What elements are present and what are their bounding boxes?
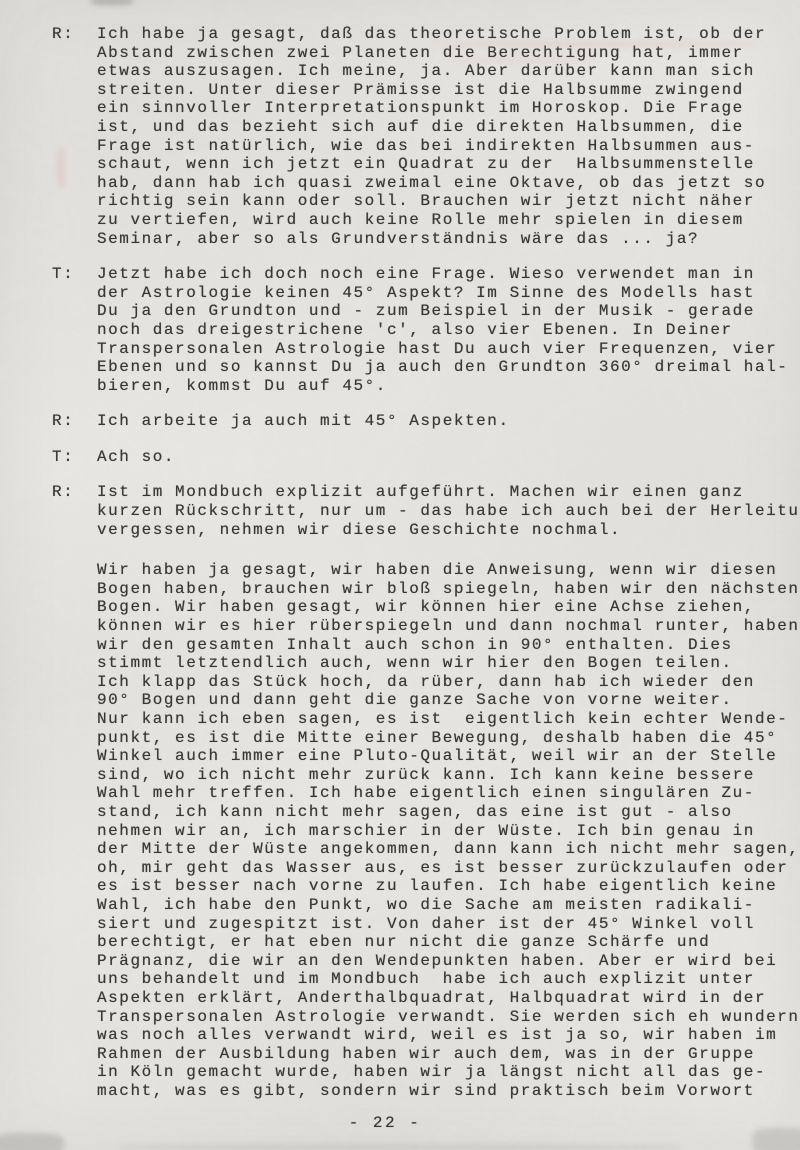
speaker-label: R: — [52, 25, 97, 248]
speech-text: Ich arbeite ja auch mit 45° Aspekten. — [97, 412, 778, 431]
scan-artifact-shadow — [0, 1133, 64, 1150]
speech-text: Jetzt habe ich doch noch eine Frage. Wie… — [97, 265, 788, 395]
speech-text: Ach so. — [97, 448, 778, 467]
speaker-label: R: — [52, 412, 97, 431]
scan-artifact-shadow — [90, 0, 134, 5]
speech-text: Ist im Mondbuch explizit aufgeführt. Mac… — [97, 483, 800, 539]
dialog-paragraph-t1: T: Jetzt habe ich doch noch eine Frage. … — [52, 265, 778, 395]
speaker-label: T: — [52, 265, 97, 395]
speaker-label: T: — [52, 448, 97, 467]
dialog-paragraph-r3: R: Ist im Mondbuch explizit aufgeführt. … — [52, 483, 778, 539]
dialog-paragraph-r2: R: Ich arbeite ja auch mit 45° Aspekten. — [52, 412, 778, 431]
scan-artifact-shadow — [120, 1144, 680, 1150]
dialog-paragraph-r3-continuation: Wir haben ja gesagt, wir haben die Anwei… — [52, 561, 778, 1100]
dialog-paragraph-r1: R: Ich habe ja gesagt, daß das theoretis… — [52, 25, 778, 248]
speech-text: Wir haben ja gesagt, wir haben die Anwei… — [97, 561, 800, 1100]
speech-text: Ich habe ja gesagt, daß das theoretische… — [97, 25, 778, 248]
dialog-paragraph-t2: T: Ach so. — [52, 448, 778, 467]
speaker-label: R: — [52, 483, 97, 539]
speaker-label — [52, 561, 97, 1100]
page-number: - 22 - — [0, 1114, 770, 1132]
transcript-body: R: Ich habe ja gesagt, daß das theoretis… — [52, 25, 778, 1117]
scanned-page: R: Ich habe ja gesagt, daß das theoretis… — [0, 0, 800, 1150]
